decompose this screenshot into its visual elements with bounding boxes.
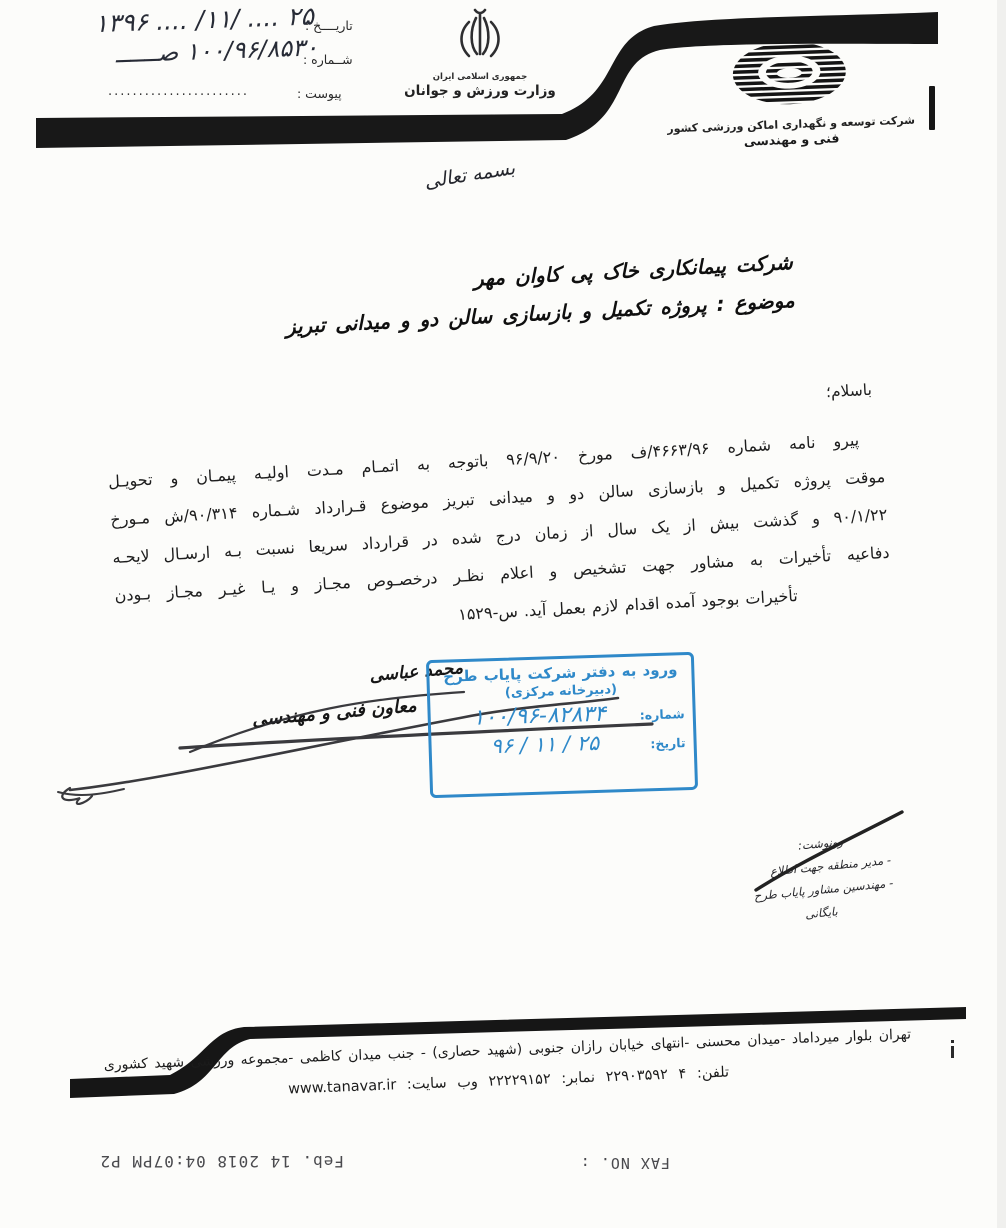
cc-block: رونوشت: - مدیر منطقه جهت اطلاع - مهندسین… — [639, 830, 896, 937]
letter-body: پیرو نامه شماره ۴۶۶۳/۹۶/ف مورخ ۹۶/۹/۲۰ ب… — [107, 420, 892, 653]
stamp-date-value: ۲۵ / ۱۱ / ۹۶ — [439, 729, 650, 760]
striped-oval-logo-icon — [724, 36, 855, 114]
ministry-line2: وزارت ورزش و جوانان — [388, 83, 572, 99]
fax-number-label: FAX NO. : — [540, 1154, 670, 1172]
attachment-dotted-line: ....................... — [108, 84, 249, 99]
entry-stamp: ورود به دفتر شرکت پایاب طرح (دبیرخانه مر… — [426, 652, 698, 798]
ministry-line1: جمهوری اسلامی ایران — [388, 72, 572, 82]
stamp-number-value: ۱۰۰/۹۶-۸۲۸۳۴ — [438, 701, 640, 732]
scan-artifact-mark — [951, 1046, 954, 1058]
letter-heading-block: شرکت پیمانکاری خاک پی کاوان مهر موضوع : … — [229, 250, 795, 341]
fax-timestamp: Feb. 14 2018 04:07PM P2 — [4, 1152, 344, 1171]
salutation-text: باسلام؛ — [826, 381, 873, 401]
iran-emblem-icon — [449, 6, 511, 70]
company-logo-block: شرکت توسعه و نگهداری اماکن ورزشی کشور فن… — [630, 33, 950, 153]
stamp-date-label: تاریخ: — [650, 735, 686, 751]
ministry-logo-block: جمهوری اسلامی ایران وزارت ورزش و جوانان — [388, 6, 572, 99]
scan-artifact-mark — [929, 86, 935, 130]
scanned-letter-page: تاریــــخ : ۲۵ .... /۱۱/ .... ۱۳۹۶ شــما… — [0, 0, 1006, 1228]
attachment-label: پیوست : — [297, 86, 342, 101]
stamp-number-label: شماره: — [640, 706, 685, 722]
